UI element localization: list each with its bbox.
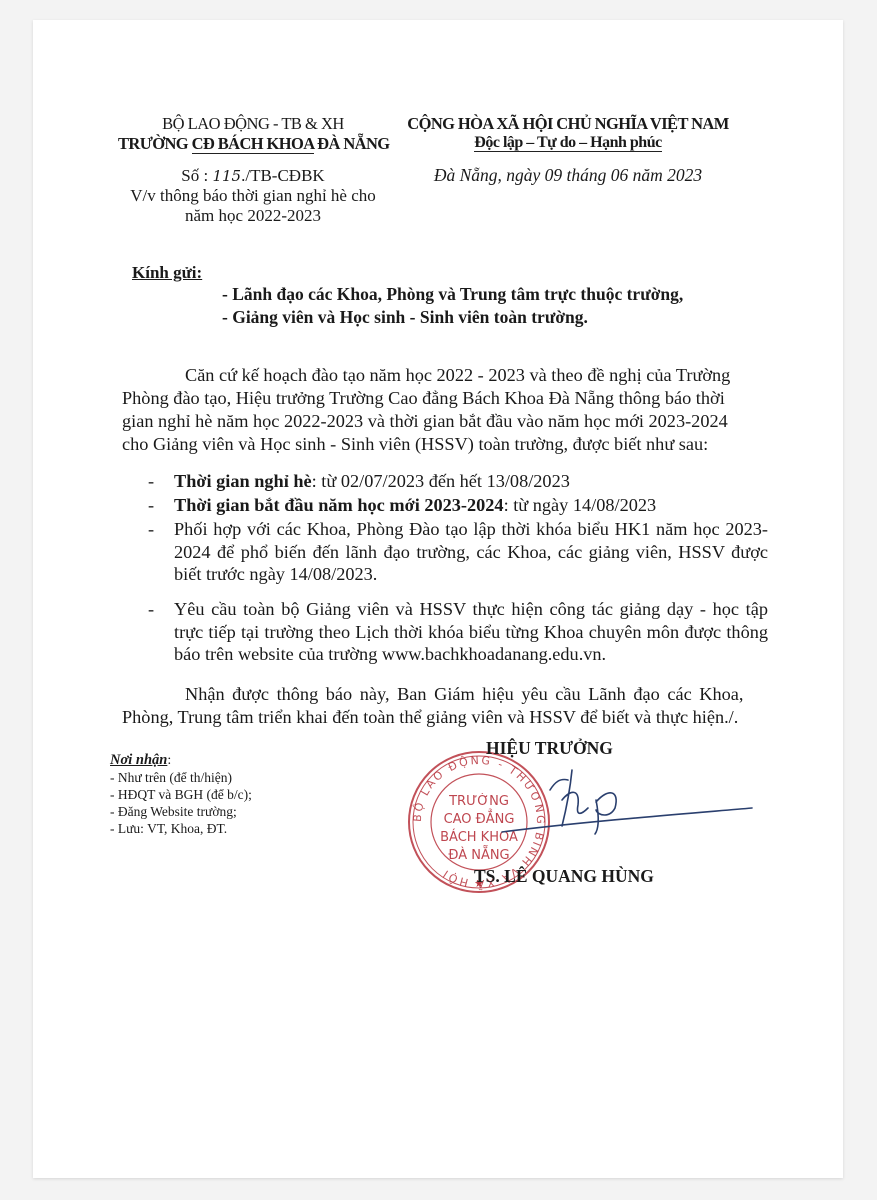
document-number: Số : 115./TB-CĐBK	[118, 166, 388, 186]
svg-text:ĐÀ NẴNG: ĐÀ NẴNG	[448, 846, 509, 863]
national-motto: Độc lập – Tự do – Hạnh phúc	[398, 134, 738, 152]
subject-line: V/v thông báo thời gian nghỉ hè cho	[118, 186, 388, 206]
bullet-item: - Thời gian bắt đầu năm học mới 2023-202…	[148, 494, 768, 517]
closing-line: Phòng, Trung tâm triển khai đến toàn thể…	[122, 707, 738, 728]
distribution-item: - HĐQT và BGH (để b/c);	[110, 786, 252, 803]
intro-line: Căn cứ kế hoạch đào tạo năm học 2022 - 2…	[185, 365, 730, 386]
bullet-item: - Thời gian nghỉ hè: từ 02/07/2023 đến h…	[148, 470, 768, 493]
intro-line: Phòng đào tạo, Hiệu trưởng Trường Cao đẳ…	[122, 388, 725, 409]
handwritten-signature	[500, 760, 760, 840]
issue-date: Đà Nẵng, ngày 09 tháng 06 năm 2023	[398, 165, 738, 186]
issuer-header: BỘ LAO ĐỘNG - TB & XH TRƯỜNG CĐ BÁCH KHO…	[118, 114, 388, 226]
signatory-title: HIỆU TRƯỞNG	[486, 738, 613, 759]
subject-line-2: năm học 2022-2023	[118, 206, 388, 226]
country-name: CỘNG HÒA XÃ HỘI CHỦ NGHĨA VIỆT NAM	[398, 114, 738, 134]
intro-line: gian nghỉ hè năm học 2022-2023 và thời g…	[122, 411, 728, 432]
distribution-title: Nơi nhận	[110, 752, 167, 768]
closing-line: Nhận được thông báo này, Ban Giám hiệu y…	[185, 684, 743, 705]
school-name: TRƯỜNG CĐ BÁCH KHOA ĐÀ NẴNG	[118, 134, 388, 154]
national-header: CỘNG HÒA XÃ HỘI CHỦ NGHĨA VIỆT NAM Độc l…	[398, 114, 738, 186]
ministry-name: BỘ LAO ĐỘNG - TB & XH	[118, 114, 388, 134]
distribution-item: - Như trên (để th/hiện)	[110, 769, 252, 786]
recipient-line: - Lãnh đạo các Khoa, Phòng và Trung tâm …	[222, 284, 683, 305]
bullet-item: - Yêu cầu toàn bộ Giảng viên và HSSV thự…	[148, 598, 768, 666]
distribution-item: - Đăng Website trường;	[110, 803, 252, 820]
intro-line: cho Giảng viên và Học sinh - Sinh viên (…	[122, 434, 708, 455]
bullet-item: - Phối hợp với các Khoa, Phòng Đào tạo l…	[148, 518, 768, 586]
distribution-list: Nơi nhận: - Như trên (để th/hiện) - HĐQT…	[110, 752, 252, 837]
recipients-label: Kính gửi:	[132, 263, 202, 283]
recipient-line: - Giảng viên và Học sinh - Sinh viên toà…	[222, 307, 588, 328]
signatory-name: TS. LÊ QUANG HÙNG	[474, 866, 654, 887]
distribution-item: - Lưu: VT, Khoa, ĐT.	[110, 820, 252, 837]
